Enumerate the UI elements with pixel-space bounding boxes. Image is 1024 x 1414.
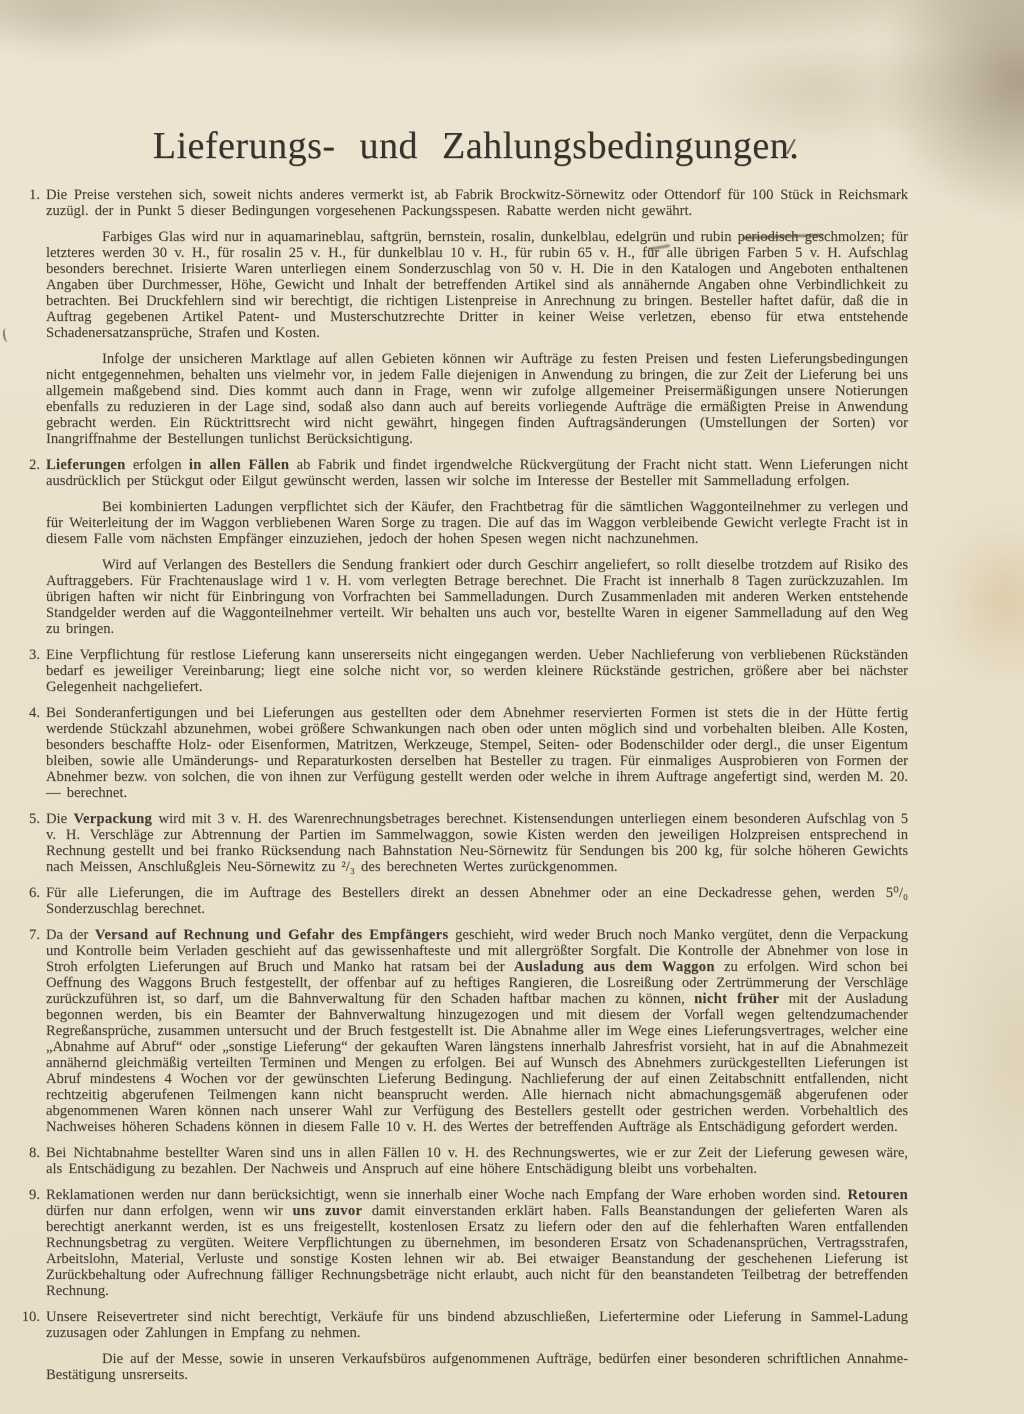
term-item-9: 9.Reklamationen werden nur dann berücksi… bbox=[46, 1187, 908, 1299]
paragraph: Für alle Lieferungen, die im Auftrage de… bbox=[46, 885, 908, 917]
item-number: 4. bbox=[6, 705, 40, 721]
paper-stain-top-left bbox=[0, 0, 190, 64]
item-number: 9. bbox=[6, 1187, 40, 1203]
term-item-10: 10.Unsere Reisevertreter sind nicht bere… bbox=[46, 1309, 908, 1383]
paragraph: Bei Sonderanfertigungen und bei Lieferun… bbox=[46, 705, 908, 801]
item-number: 3. bbox=[6, 647, 40, 663]
paragraph: Infolge der unsicheren Marktlage auf all… bbox=[46, 351, 908, 447]
paragraph: Eine Verpflichtung für restlose Lieferun… bbox=[46, 647, 908, 695]
paragraph: Reklamationen werden nur dann berücksich… bbox=[46, 1187, 908, 1299]
term-item-1: 1.Die Preise verstehen sich, soweit nich… bbox=[46, 187, 908, 447]
scanned-page: Lieferungs- und Zahlungsbedingungen. 1.D… bbox=[0, 0, 1024, 1414]
term-item-8: 8.Bei Nichtabnahme bestellter Waren sind… bbox=[46, 1145, 908, 1177]
term-item-6: 6.Für alle Lieferungen, die im Auftrage … bbox=[46, 885, 908, 917]
term-item-4: 4.Bei Sonderanfertigungen und bei Liefer… bbox=[46, 705, 908, 801]
item-number: 6. bbox=[6, 885, 40, 901]
paragraph: Wird auf Verlangen des Bestellers die Se… bbox=[46, 557, 908, 637]
paper-stain-top-band bbox=[120, 0, 880, 64]
document-title: Lieferungs- und Zahlungsbedingungen. bbox=[44, 124, 908, 168]
term-item-2: 2.Lieferungen erfolgen in allen Fällen a… bbox=[46, 457, 908, 637]
margin-pencil-mark bbox=[2, 327, 13, 342]
paragraph: Da der Versand auf Rechnung und Gefahr d… bbox=[46, 927, 908, 1135]
paragraph: Farbiges Glas wird nur in aquamarineblau… bbox=[46, 229, 908, 341]
item-number: 10. bbox=[6, 1309, 40, 1325]
paragraph: Die Preise verstehen sich, soweit nichts… bbox=[46, 187, 908, 219]
item-number: 1. bbox=[6, 187, 40, 203]
paragraph: Die Verpackung wird mit 3 v. H. des Ware… bbox=[46, 811, 908, 875]
item-number: 7. bbox=[6, 927, 40, 943]
paragraph: Bei kombinierten Ladungen verpflichtet s… bbox=[46, 499, 908, 547]
term-item-3: 3.Eine Verpflichtung für restlose Liefer… bbox=[46, 647, 908, 695]
paper-stain-right-middle bbox=[936, 516, 1024, 686]
paragraph: Die auf der Messe, sowie in unseren Verk… bbox=[46, 1351, 908, 1383]
item-number: 5. bbox=[6, 811, 40, 827]
term-item-7: 7.Da der Versand auf Rechnung und Gefahr… bbox=[46, 927, 908, 1135]
paper-stain-right-lower bbox=[950, 880, 1024, 1220]
paragraph: Lieferungen erfolgen in allen Fällen ab … bbox=[46, 457, 908, 489]
item-number: 8. bbox=[6, 1145, 40, 1161]
term-item-5: 5.Die Verpackung wird mit 3 v. H. des Wa… bbox=[46, 811, 908, 875]
paragraph: Unsere Reisevertreter sind nicht berecht… bbox=[46, 1309, 908, 1341]
terms-list: 1.Die Preise verstehen sich, soweit nich… bbox=[46, 187, 908, 1383]
paragraph: Bei Nichtabnahme bestellter Waren sind u… bbox=[46, 1145, 908, 1177]
item-number: 2. bbox=[6, 457, 40, 473]
